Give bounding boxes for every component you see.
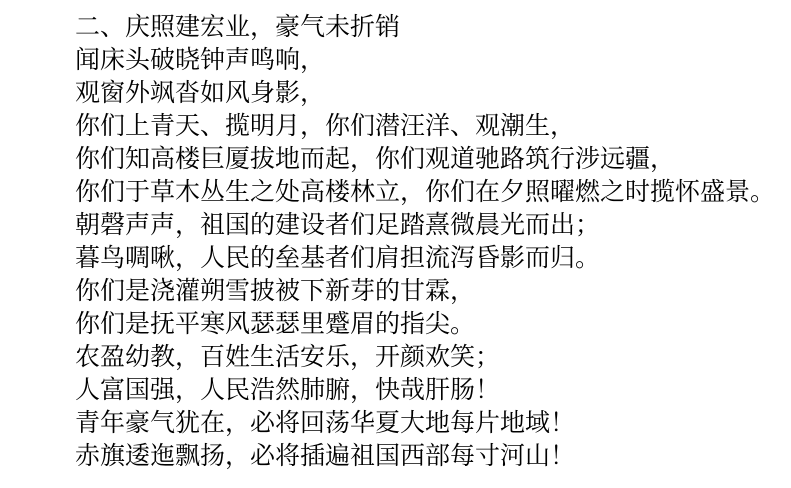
- poem-line: 观窗外飒沓如风身影，: [75, 77, 785, 110]
- poem-line: 你们是抚平寒风瑟瑟里蹙眉的指尖。: [75, 308, 785, 341]
- poem-line: 闻床头破晓钟声鸣响，: [75, 44, 785, 77]
- poem-line: 青年豪气犹在，必将回荡华夏大地每片地域！: [75, 407, 785, 440]
- poem-line: 你们知高楼巨厦拔地而起，你们观道驰路筑行涉远疆，: [75, 143, 785, 176]
- poem-line: 朝磬声声，祖国的建设者们足踏熹微晨光而出；: [75, 209, 785, 242]
- poem-line: 你们上青天、揽明月，你们潜汪洋、观潮生，: [75, 110, 785, 143]
- poem-line: 暮鸟啁啾，人民的垒基者们肩担流泻昏影而归。: [75, 242, 785, 275]
- poem-section-heading: 二、庆照建宏业，豪气未折销: [75, 11, 785, 44]
- poem-line: 人富国强，人民浩然肺腑，快哉肝肠！: [75, 374, 785, 407]
- poem-text-block: 二、庆照建宏业，豪气未折销 闻床头破晓钟声鸣响， 观窗外飒沓如风身影， 你们上青…: [75, 11, 785, 473]
- poem-line: 农盈幼教，百姓生活安乐，开颜欢笑；: [75, 341, 785, 374]
- poem-line: 你们于草木丛生之处高楼林立，你们在夕照曜燃之时揽怀盛景。: [75, 176, 785, 209]
- poem-line: 你们是浇灌朔雪披被下新芽的甘霖，: [75, 275, 785, 308]
- poem-line: 赤旗逶迤飘扬，必将插遍祖国西部每寸河山！: [75, 440, 785, 473]
- document-page: 二、庆照建宏业，豪气未折销 闻床头破晓钟声鸣响， 观窗外飒沓如风身影， 你们上青…: [0, 0, 791, 488]
